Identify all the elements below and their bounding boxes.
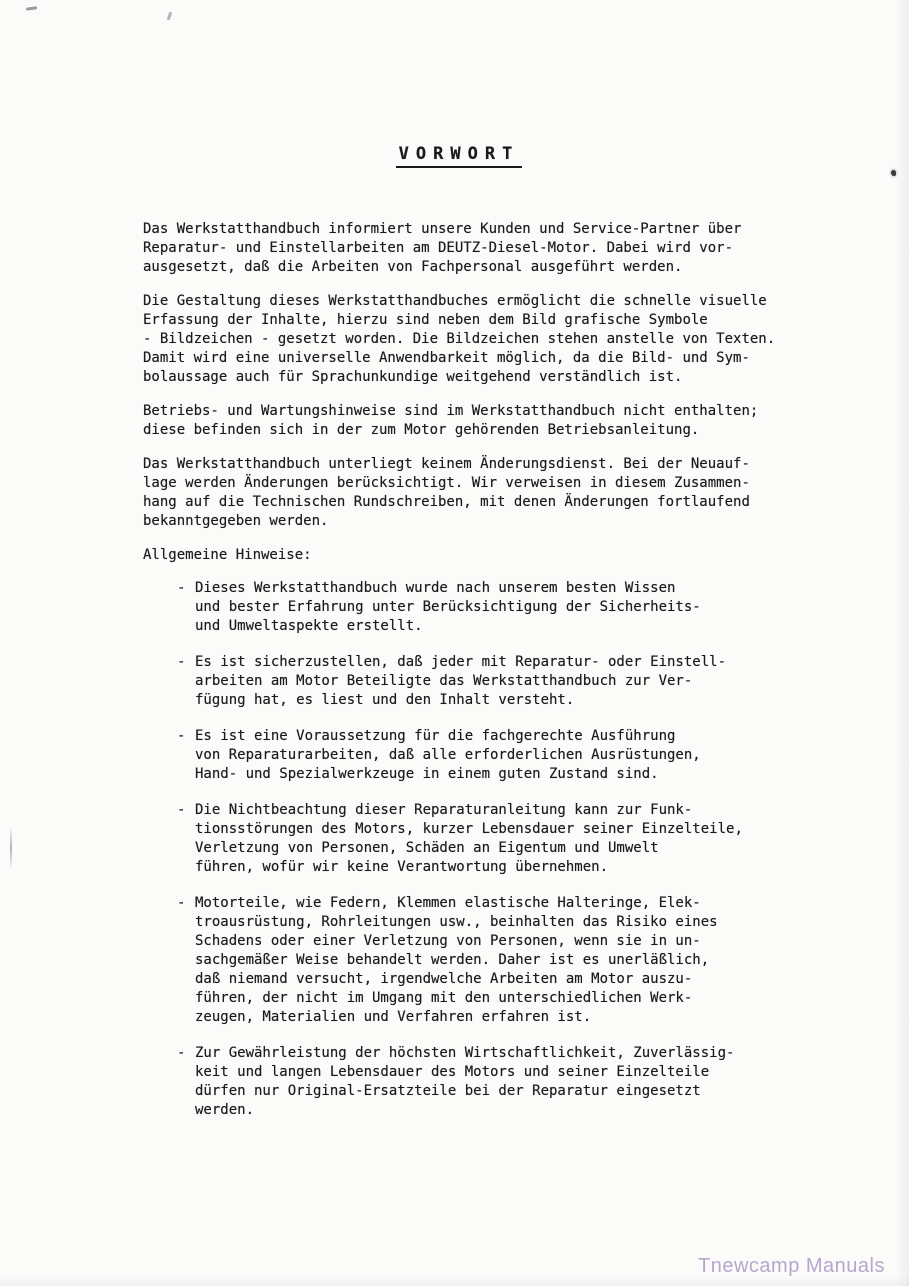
paragraph-intro: Das Werkstatthandbuch informiert unsere …	[143, 220, 803, 277]
watermark: Tnewcamp Manuals	[698, 1254, 885, 1278]
bullet-text: Es ist sicherzustellen, daß jeder mit Re…	[195, 653, 795, 710]
paragraph-aenderungsdienst: Das Werkstatthandbuch unterliegt keinem …	[143, 455, 803, 531]
hinweise-heading: Allgemeine Hinweise:	[143, 546, 803, 565]
bullet-dash: -	[177, 1044, 195, 1120]
bullet-text: Es ist eine Voraussetzung für die fachge…	[195, 727, 795, 784]
bullet-text: Die Nichtbeachtung dieser Reparaturanlei…	[195, 801, 795, 877]
list-item: - Zur Gewährleistung der höchsten Wirtsc…	[143, 1044, 803, 1120]
bullet-text: Dieses Werkstatthandbuch wurde nach unse…	[195, 579, 795, 636]
bullet-text: Zur Gewährleistung der höchsten Wirtscha…	[195, 1044, 795, 1120]
bullet-dash: -	[177, 727, 195, 784]
list-item: - Die Nichtbeachtung dieser Reparaturanl…	[143, 801, 803, 877]
paragraph-gestaltung: Die Gestaltung dieses Werkstatthandbuche…	[143, 292, 803, 387]
scan-artifact-scratch	[10, 826, 12, 870]
scan-artifact-dot	[891, 170, 896, 176]
bullet-dash: -	[177, 579, 195, 636]
page-title: VORWORT	[396, 144, 523, 168]
list-item: - Motorteile, wie Federn, Klemmen elasti…	[143, 894, 803, 1027]
bullet-dash: -	[177, 801, 195, 877]
list-item: - Es ist eine Voraussetzung für die fach…	[143, 727, 803, 784]
bullet-dash: -	[177, 653, 195, 710]
list-item: - Es ist sicherzustellen, daß jeder mit …	[143, 653, 803, 710]
page-edge-shadow-right	[895, 0, 909, 1286]
title-row: VORWORT	[143, 144, 775, 168]
scan-artifact-tick	[167, 12, 172, 21]
document-content: VORWORT Das Werkstatthandbuch informiert…	[143, 144, 803, 1137]
document-page: VORWORT Das Werkstatthandbuch informiert…	[0, 0, 909, 1286]
paragraph-betriebshinweise: Betriebs- und Wartungshinweise sind im W…	[143, 402, 803, 440]
list-item: - Dieses Werkstatthandbuch wurde nach un…	[143, 579, 803, 636]
scan-artifact-dash	[26, 6, 37, 11]
bullet-dash: -	[177, 894, 195, 1027]
bullet-text: Motorteile, wie Federn, Klemmen elastisc…	[195, 894, 795, 1027]
